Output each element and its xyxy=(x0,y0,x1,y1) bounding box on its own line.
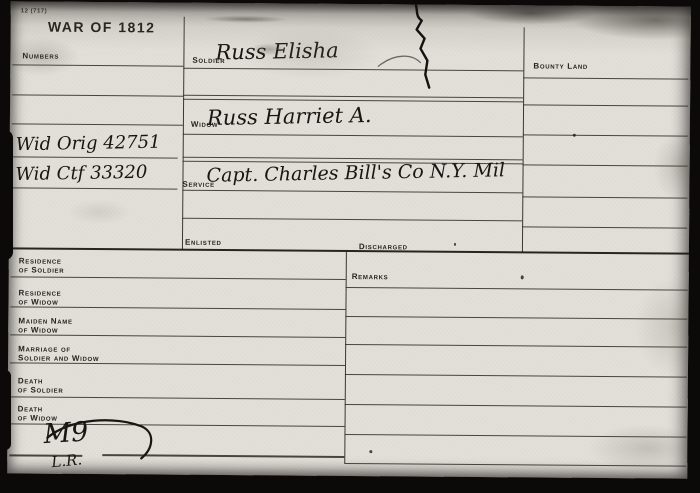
rule-line xyxy=(10,306,345,310)
scan-crack-artifact xyxy=(370,4,471,93)
rule-line xyxy=(344,463,686,467)
rule-line xyxy=(345,344,687,348)
rule-line xyxy=(10,362,345,366)
column-divider xyxy=(344,251,347,463)
soldier-name-handwriting: Russ Elisha xyxy=(215,38,339,64)
field-label-line: Soldier and Widow xyxy=(18,353,99,363)
ink-speck xyxy=(573,134,576,137)
rule-line xyxy=(102,454,344,458)
field-label-line: of Widow xyxy=(18,297,61,306)
rule-line xyxy=(10,396,345,400)
scan-frame-edge xyxy=(60,478,360,493)
bounty-land-label: Bounty Land xyxy=(533,61,588,70)
rule-line xyxy=(182,190,522,194)
field-label-line: of Widow xyxy=(18,325,72,334)
column-divider xyxy=(522,27,525,252)
pension-index-card: 12 (717) WAR OF 1812 Numbers Soldier Wid… xyxy=(7,1,691,478)
rule-line xyxy=(183,95,523,99)
field-label-line: of Soldier xyxy=(18,385,64,394)
scan-frame-edge xyxy=(0,370,11,450)
rule-line xyxy=(182,218,522,222)
rule-line xyxy=(10,334,345,338)
clerk-initials-handwriting: L.R. xyxy=(50,450,82,471)
rule-line xyxy=(183,134,523,138)
rule-line xyxy=(523,77,688,79)
field-label-line: Death xyxy=(18,376,64,385)
field-label-line: of Soldier xyxy=(19,265,65,274)
rule-line xyxy=(346,287,688,291)
field-label-line: Death xyxy=(18,404,58,413)
widow-certificate-number-handwriting: Wid Ctf 33320 xyxy=(15,162,147,185)
field-label-line: Residence xyxy=(19,256,65,265)
ink-speck xyxy=(454,243,456,246)
remarks-label: Remarks xyxy=(352,272,389,281)
numbers-label: Numbers xyxy=(22,51,59,60)
field-label-death-of-soldier: Death of Soldier xyxy=(18,376,64,394)
enlisted-label: Enlisted xyxy=(185,238,222,247)
rule-line xyxy=(345,316,687,320)
rule-line xyxy=(12,64,183,66)
rule-line xyxy=(523,104,688,106)
service-entry-handwriting: Capt. Charles Bill's Co N.Y. Mil xyxy=(206,159,505,186)
rule-line xyxy=(12,94,183,96)
field-label-maiden-name-of-widow: Maiden Name of Widow xyxy=(18,316,73,334)
field-label-line: Residence xyxy=(19,288,62,297)
clerk-mark-handwriting: M9 xyxy=(43,416,90,450)
rule-line xyxy=(183,68,523,72)
rule-line xyxy=(11,187,177,189)
rule-line xyxy=(183,99,523,103)
rule-line xyxy=(344,434,686,438)
ink-speck xyxy=(369,450,372,453)
rule-line xyxy=(522,196,687,198)
rule-line xyxy=(12,156,178,158)
discharged-label: Discharged xyxy=(359,242,408,251)
field-label-residence-of-soldier: Residence of Soldier xyxy=(19,256,65,274)
section-divider xyxy=(9,247,689,254)
field-label-residence-of-widow: Residence of Widow xyxy=(18,288,61,306)
widow-original-number-handwriting: Wid Orig 42751 xyxy=(16,132,161,156)
card-title: WAR OF 1812 xyxy=(47,19,157,36)
rule-line xyxy=(523,134,688,136)
scan-frame-edge xyxy=(0,130,13,260)
rule-line xyxy=(345,374,687,378)
ink-speck xyxy=(521,275,524,279)
rule-line xyxy=(522,226,687,228)
form-number: 12 (717) xyxy=(21,8,47,14)
rule-line xyxy=(523,164,688,166)
field-label-marriage-of-soldier-and-widow: Marriage of Soldier and Widow xyxy=(18,344,99,363)
rule-line xyxy=(345,404,687,408)
field-label-line: Maiden Name xyxy=(18,316,72,325)
scanned-document: 12 (717) WAR OF 1812 Numbers Soldier Wid… xyxy=(0,0,700,493)
rule-line xyxy=(11,276,346,280)
widow-name-handwriting: Russ Harriet A. xyxy=(207,103,372,130)
rule-line xyxy=(12,123,183,125)
